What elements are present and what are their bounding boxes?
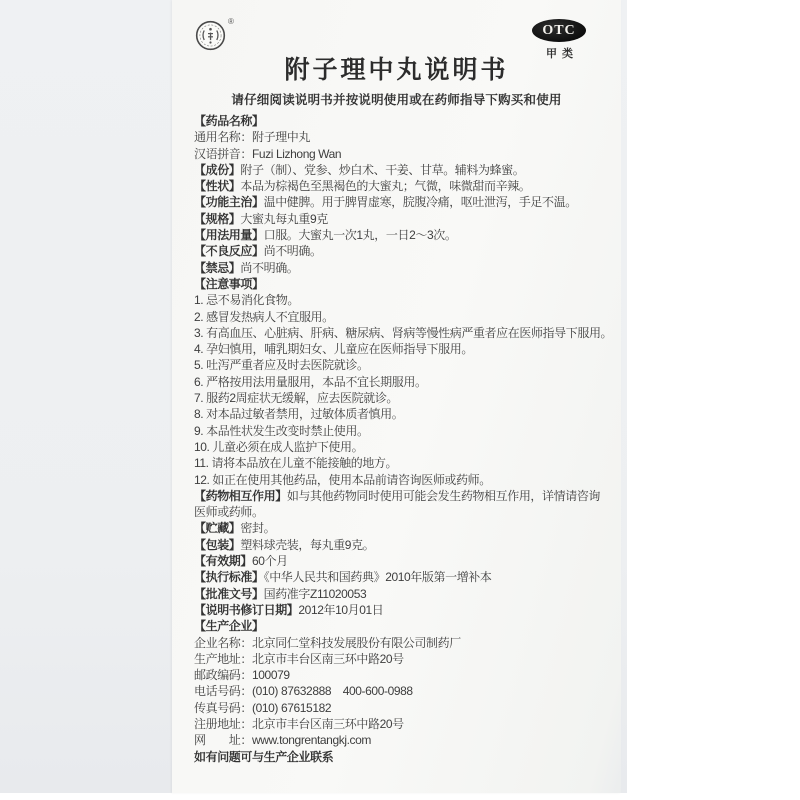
body-line: 【性状】本品为棕褐色至黑褐色的大蜜丸；气微，味微甜而辛辣。 <box>194 178 614 194</box>
body-line: 5. 吐泻严重者应及时去医院就诊。 <box>194 357 614 373</box>
body-line: 11. 请将本品放在儿童不能接触的地方。 <box>194 455 614 471</box>
body-line: 2. 感冒发热病人不宜服用。 <box>194 309 614 325</box>
body-line: 6. 严格按用法用量服用，本品不宜长期服用。 <box>194 374 614 390</box>
body-line: 汉语拼音：Fuzi Lizhong Wan <box>194 146 614 162</box>
body-line: 3. 有高血压、心脏病、肝病、糖尿病、肾病等慢性病严重者应在医师指导下服用。 <box>194 325 614 341</box>
body-line: 【规格】大蜜丸每丸重9克 <box>194 211 614 227</box>
body-line: 【包装】塑料球壳装，每丸重9克。 <box>194 537 614 553</box>
leaflet-sheet: ® OTC 甲类 附子理中丸说明书 请仔细阅读说明书并按说明使用或在药师指导下购… <box>172 0 621 793</box>
photo-background: ® OTC 甲类 附子理中丸说明书 请仔细阅读说明书并按说明使用或在药师指导下购… <box>0 0 627 793</box>
body-line: 【禁忌】尚不明确。 <box>194 260 614 276</box>
body-line: 1. 忌不易消化食物。 <box>194 292 614 308</box>
body-line: 4. 孕妇慎用，哺乳期妇女、儿童应在医师指导下服用。 <box>194 341 614 357</box>
body-line: 【药物相互作用】如与其他药物同时使用可能会发生药物相互作用，详情请咨询 <box>194 488 614 504</box>
body-line: 【成份】附子（制）、党参、炒白术、干姜、甘草。辅料为蜂蜜。 <box>194 162 614 178</box>
body-line: 8. 对本品过敏者禁用，过敏体质者慎用。 <box>194 406 614 422</box>
body-line: 传真号码：(010) 67615182 <box>194 700 614 716</box>
body-line: 企业名称：北京同仁堂科技发展股份有限公司制药厂 <box>194 635 614 651</box>
tongrentang-logo-icon: ® <box>195 20 237 54</box>
body-line: 【说明书修订日期】2012年10月01日 <box>194 602 614 618</box>
document-title: 附子理中丸说明书 <box>172 50 621 86</box>
body-line: 【不良反应】尚不明确。 <box>194 243 614 259</box>
body-line: 【功能主治】温中健脾。用于脾胃虚寒，脘腹冷痛，呕吐泄泻，手足不温。 <box>194 194 614 210</box>
page-background: { "brand": { "logo_icon": "tongrentang-s… <box>0 0 800 800</box>
body-line: 注册地址：北京市丰台区南三环中路20号 <box>194 716 614 732</box>
registered-mark: ® <box>228 17 234 26</box>
body-line: 7. 服药2周症状无缓解，应去医院就诊。 <box>194 390 614 406</box>
body-line: 【生产企业】 <box>194 618 614 634</box>
body-line: 【注意事项】 <box>194 276 614 292</box>
body-line: 9. 本品性状发生改变时禁止使用。 <box>194 423 614 439</box>
body-line: 医师或药师。 <box>194 504 614 520</box>
body-line: 【有效期】60个月 <box>194 553 614 569</box>
document-subtitle: 请仔细阅读说明书并按说明使用或在药师指导下购买和使用 <box>172 90 621 108</box>
body-line: 【药品名称】 <box>194 113 614 129</box>
body-line: 【批准文号】国药准字Z11020053 <box>194 586 614 602</box>
otc-label: OTC <box>532 19 586 42</box>
body-line: 10. 儿童必须在成人监护下使用。 <box>194 439 614 455</box>
body-line: 网 址：www.tongrentangkj.com <box>194 732 614 748</box>
body-line: 【用法用量】口服。大蜜丸一次1丸，一日2～3次。 <box>194 227 614 243</box>
seal-circle-icon <box>195 20 226 51</box>
body-line: 通用名称：附子理中丸 <box>194 129 614 145</box>
body-line: 【贮藏】密封。 <box>194 520 614 536</box>
body-line: 如有问题可与生产企业联系 <box>194 749 614 765</box>
body-line: 邮政编码：100079 <box>194 667 614 683</box>
document-body: 【药品名称】通用名称：附子理中丸汉语拼音：Fuzi Lizhong Wan【成份… <box>194 113 614 765</box>
body-line: 生产地址：北京市丰台区南三环中路20号 <box>194 651 614 667</box>
body-line: 【执行标准】《中华人民共和国药典》2010年版第一增补本 <box>194 569 614 585</box>
body-line: 电话号码：(010) 87632888 400-600-0988 <box>194 683 614 699</box>
body-line: 12. 如正在使用其他药品，使用本品前请咨询医师或药师。 <box>194 472 614 488</box>
